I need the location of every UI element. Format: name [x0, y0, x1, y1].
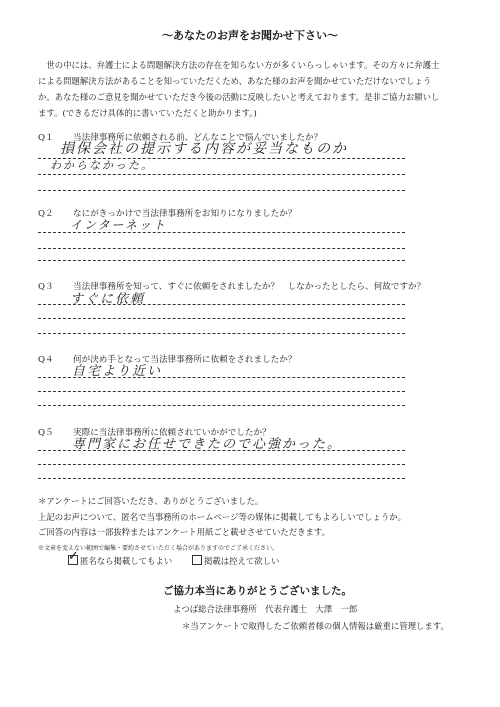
answer-rule — [38, 405, 405, 406]
answer-line[interactable]: 損保会社の提示する内容が妥当なものか — [60, 138, 348, 158]
question-label: Q５ — [38, 426, 54, 438]
answer-rule — [38, 377, 405, 378]
answer-rule — [38, 391, 405, 392]
answer-rule — [38, 260, 405, 261]
firm-signature: よつば総合法律事務所 代表弁護士 大澤 一郎 — [173, 603, 357, 615]
checkbox-checked-icon[interactable] — [68, 555, 78, 565]
answer-rule — [38, 464, 405, 465]
question-label: Q３ — [38, 280, 54, 292]
answer-rule — [38, 190, 405, 191]
option-decline[interactable]: 掲載は控えて欲しい — [192, 555, 279, 567]
answer-rule — [38, 318, 405, 319]
answer-rule — [38, 304, 405, 305]
thanks-note: ＊アンケートにご回答いただき、ありがとうございました。 — [38, 495, 263, 507]
page-title: 〜あなたのお声をお聞かせ下さい〜 — [0, 27, 500, 43]
intro-line: による問題解決方法があることを知っていただくため、あなた様のお声を聞かせていただ… — [38, 73, 431, 89]
question-label: Q４ — [38, 353, 54, 365]
intro-line: か。あなた様のご意見を聞かせていただき今後の活動に反映したいと考えております。是… — [38, 89, 439, 105]
option-label: 掲載は控えて欲しい — [204, 556, 279, 566]
option-label: 匿名なら掲載してもよい — [80, 556, 172, 566]
checkbox-icon[interactable] — [192, 555, 202, 565]
publish-detail: ご回答の内容は一部抜粋またはアンケート用紙ごと載せさせていただきます。 — [38, 526, 330, 538]
question-label: Q１ — [38, 131, 54, 143]
answer-rule — [38, 174, 405, 175]
answer-rule — [38, 248, 405, 249]
publish-question: 上記のお声について、匿名で当事務所のホームページ等の媒体に掲載してもよろしいでし… — [38, 511, 406, 523]
answer-rule — [38, 478, 405, 479]
answer-rule — [38, 333, 405, 334]
answer-rule — [38, 232, 405, 233]
intro-line: 世の中には、弁護士による問題解決方法の存在を知らない方が多くいらっしゃいます。そ… — [38, 57, 439, 73]
answer-rule — [38, 158, 405, 159]
answer-line[interactable]: わからなかった。 — [50, 157, 154, 173]
closing-thanks: ご協力本当にありがとうございました。 — [163, 583, 352, 598]
privacy-note: ＊当アンケートで取得したご依頼者様の個人情報は厳重に管理します。 — [182, 620, 449, 632]
answer-rule — [38, 450, 405, 451]
answer-line[interactable]: インターネット — [70, 216, 167, 233]
intro-line: ます。(できるだけ具体的に書いていただくと助かります。) — [38, 105, 257, 121]
question-label: Q２ — [38, 207, 54, 219]
option-anonymous-ok[interactable]: 匿名なら掲載してもよい — [68, 555, 172, 567]
